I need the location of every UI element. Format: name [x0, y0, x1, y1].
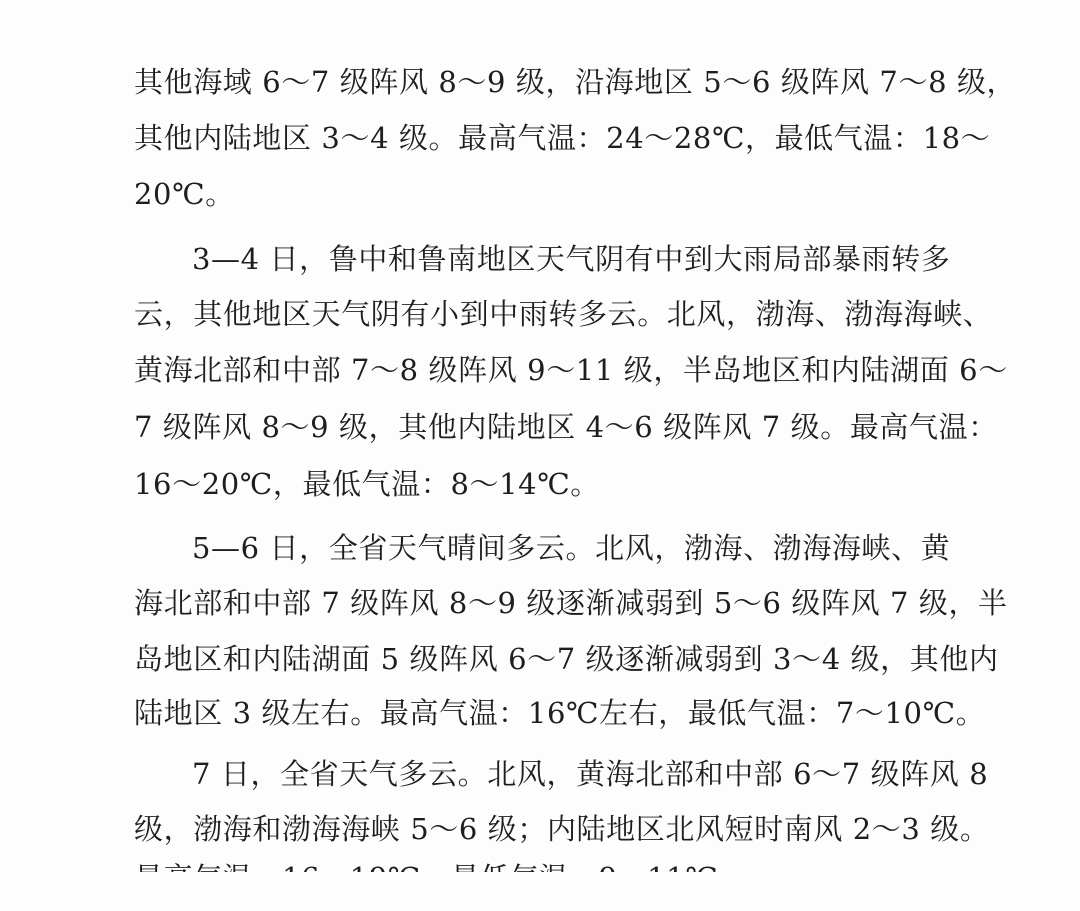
paragraph-2-line-2: 云，其他地区天气阴有小到中雨转多云。北风，渤海、渤海海峡、 — [134, 296, 992, 332]
paragraph-1-line-1: 其他海域 6～7 级阵风 8～9 级，沿海地区 5～6 级阵风 7～8 级， — [134, 64, 1016, 100]
paragraph-4-line-1: 7 日，全省天气多云。北风，黄海北部和中部 6～7 级阵风 8 — [192, 756, 988, 792]
paragraph-1-line-3: 20℃。 — [134, 176, 235, 212]
paragraph-2-line-1: 3—4 日，鲁中和鲁南地区天气阴有中到大雨局部暴雨转多 — [192, 241, 950, 277]
paragraph-2-line-4: 7 级阵风 8～9 级，其他内陆地区 4～6 级阵风 7 级。最高气温： — [134, 409, 998, 445]
paragraph-3-line-1: 5—6 日，全省天气晴间多云。北风，渤海、渤海海峡、黄 — [192, 530, 950, 566]
paragraph-2-line-5: 16～20℃，最低气温：8～14℃。 — [134, 466, 600, 502]
paragraph-3-line-4: 陆地区 3 级左右。最高气温：16℃左右，最低气温：7～10℃。 — [134, 695, 985, 731]
document-page: 其他海域 6～7 级阵风 8～9 级，沿海地区 5～6 级阵风 7～8 级， 其… — [0, 0, 1080, 911]
page-crop-edge — [0, 872, 1080, 911]
paragraph-1-line-2: 其他内陆地区 3～4 级。最高气温：24～28℃，最低气温：18～ — [134, 120, 990, 156]
paragraph-2-line-3: 黄海北部和中部 7～8 级阵风 9～11 级，半岛地区和内陆湖面 6～ — [134, 352, 1008, 388]
paragraph-3-line-3: 岛地区和内陆湖面 5 级阵风 6～7 级逐渐减弱到 3～4 级，其他内 — [134, 641, 999, 677]
paragraph-4-line-2: 级，渤海和渤海海峡 5～6 级；内陆地区北风短时南风 2～3 级。 — [134, 811, 989, 847]
paragraph-3-line-2: 海北部和中部 7 级阵风 8～9 级逐渐减弱到 5～6 级阵风 7 级，半 — [134, 585, 1008, 621]
